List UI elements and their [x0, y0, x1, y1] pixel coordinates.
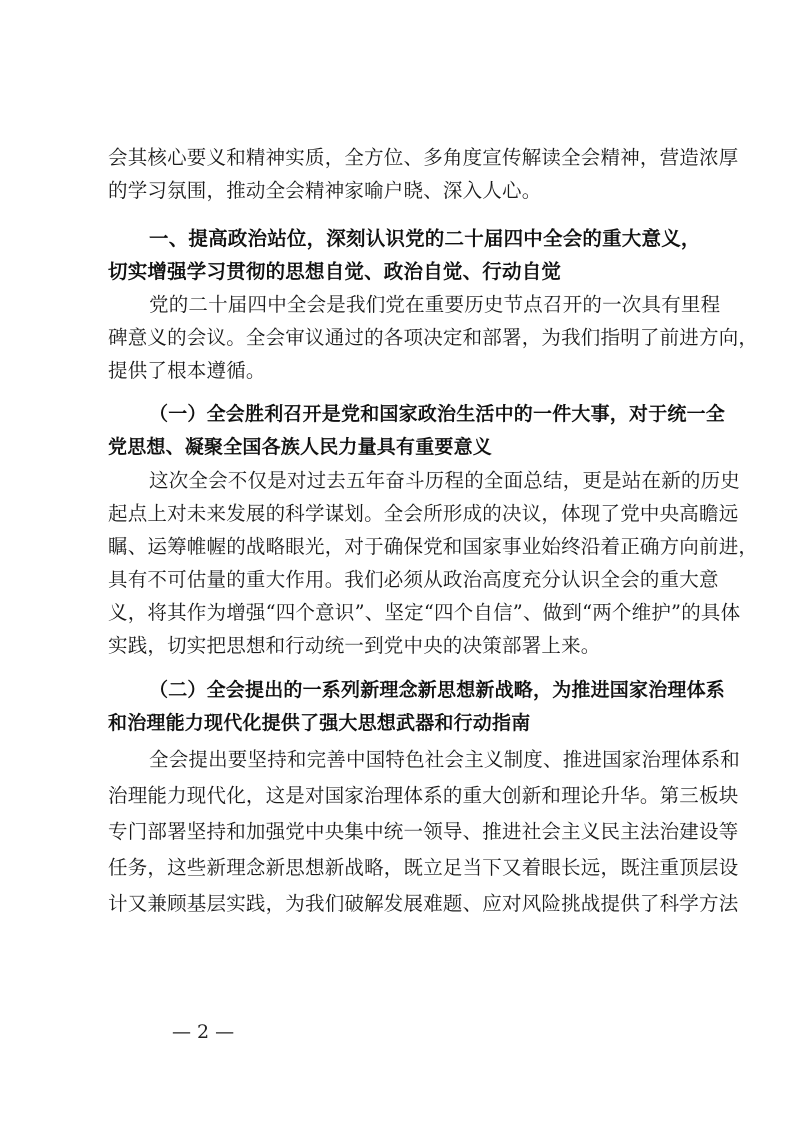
page-number: — 2 — — [172, 1021, 234, 1043]
paragraph-line: 全会提出要坚持和完善中国特色社会主义制度、推进国家治理体系和 — [108, 743, 692, 776]
subsection-heading: （二）全会提出的一系列新理念新思想新战略，为推进国家治理体系 — [108, 674, 692, 707]
paragraph-line: 义，将其作为增强“四个意识”、坚定“四个自信”、做到“两个维护”的具体 — [108, 596, 692, 629]
paragraph-line: 治理能力现代化，这是对国家治理体系的重大创新和理论升华。第三板块 — [108, 779, 692, 812]
paragraph-line: 碑意义的会议。全会审议通过的各项决定和部署，为我们指明了前进方向， — [108, 321, 692, 354]
paragraph-line: 会其核心要义和精神实质，全方位、多角度宣传解读全会精神，营造浓厚 — [108, 141, 692, 174]
paragraph-line: 这次全会不仅是对过去五年奋斗历程的全面总结，更是站在新的历史 — [108, 464, 692, 497]
section-heading-1: 一、提高政治站位，深刻认识党的二十届四中全会的重大意义， — [108, 222, 692, 255]
subsection-heading: 和治理能力现代化提供了强大思想武器和行动指南 — [108, 707, 692, 740]
section-heading-1: 切实增强学习贯彻的思想自觉、政治自觉、行动自觉 — [108, 255, 692, 288]
paragraph-line: 瞩、运筹帷幄的战略眼光，对于确保党和国家事业始终沿着正确方向前进， — [108, 530, 692, 563]
paragraph-line: 的学习氛围，推动全会精神家喻户晓、深入人心。 — [108, 174, 692, 207]
paragraph-line: 党的二十届四中全会是我们党在重要历史节点召开的一次具有里程 — [108, 288, 692, 321]
document-page: 会其核心要义和精神实质，全方位、多角度宣传解读全会精神，营造浓厚 的学习氛围，推… — [0, 0, 794, 1122]
paragraph-line: 起点上对未来发展的科学谋划。全会所形成的决议，体现了党中央高瞻远 — [108, 497, 692, 530]
paragraph-line: 专门部署坚持和加强党中央集中统一领导、推进社会主义民主法治建设等 — [108, 815, 692, 848]
paragraph-line: 任务，这些新理念新思想新战略，既立足当下又着眼长远，既注重顶层设 — [108, 851, 692, 884]
paragraph-line: 具有不可估量的重大作用。我们必须从政治高度充分认识全会的重大意 — [108, 563, 692, 596]
subsection-heading: 党思想、凝聚全国各族人民力量具有重要意义 — [108, 431, 692, 464]
paragraph-line: 提供了根本遵循。 — [108, 354, 692, 387]
paragraph-line: 实践，切实把思想和行动统一到党中央的决策部署上来。 — [108, 629, 692, 662]
subsection-heading: （一）全会胜利召开是党和国家政治生活中的一件大事，对于统一全 — [108, 398, 692, 431]
paragraph-line: 计又兼顾基层实践，为我们破解发展难题、应对风险挑战提供了科学方法 — [108, 887, 692, 920]
